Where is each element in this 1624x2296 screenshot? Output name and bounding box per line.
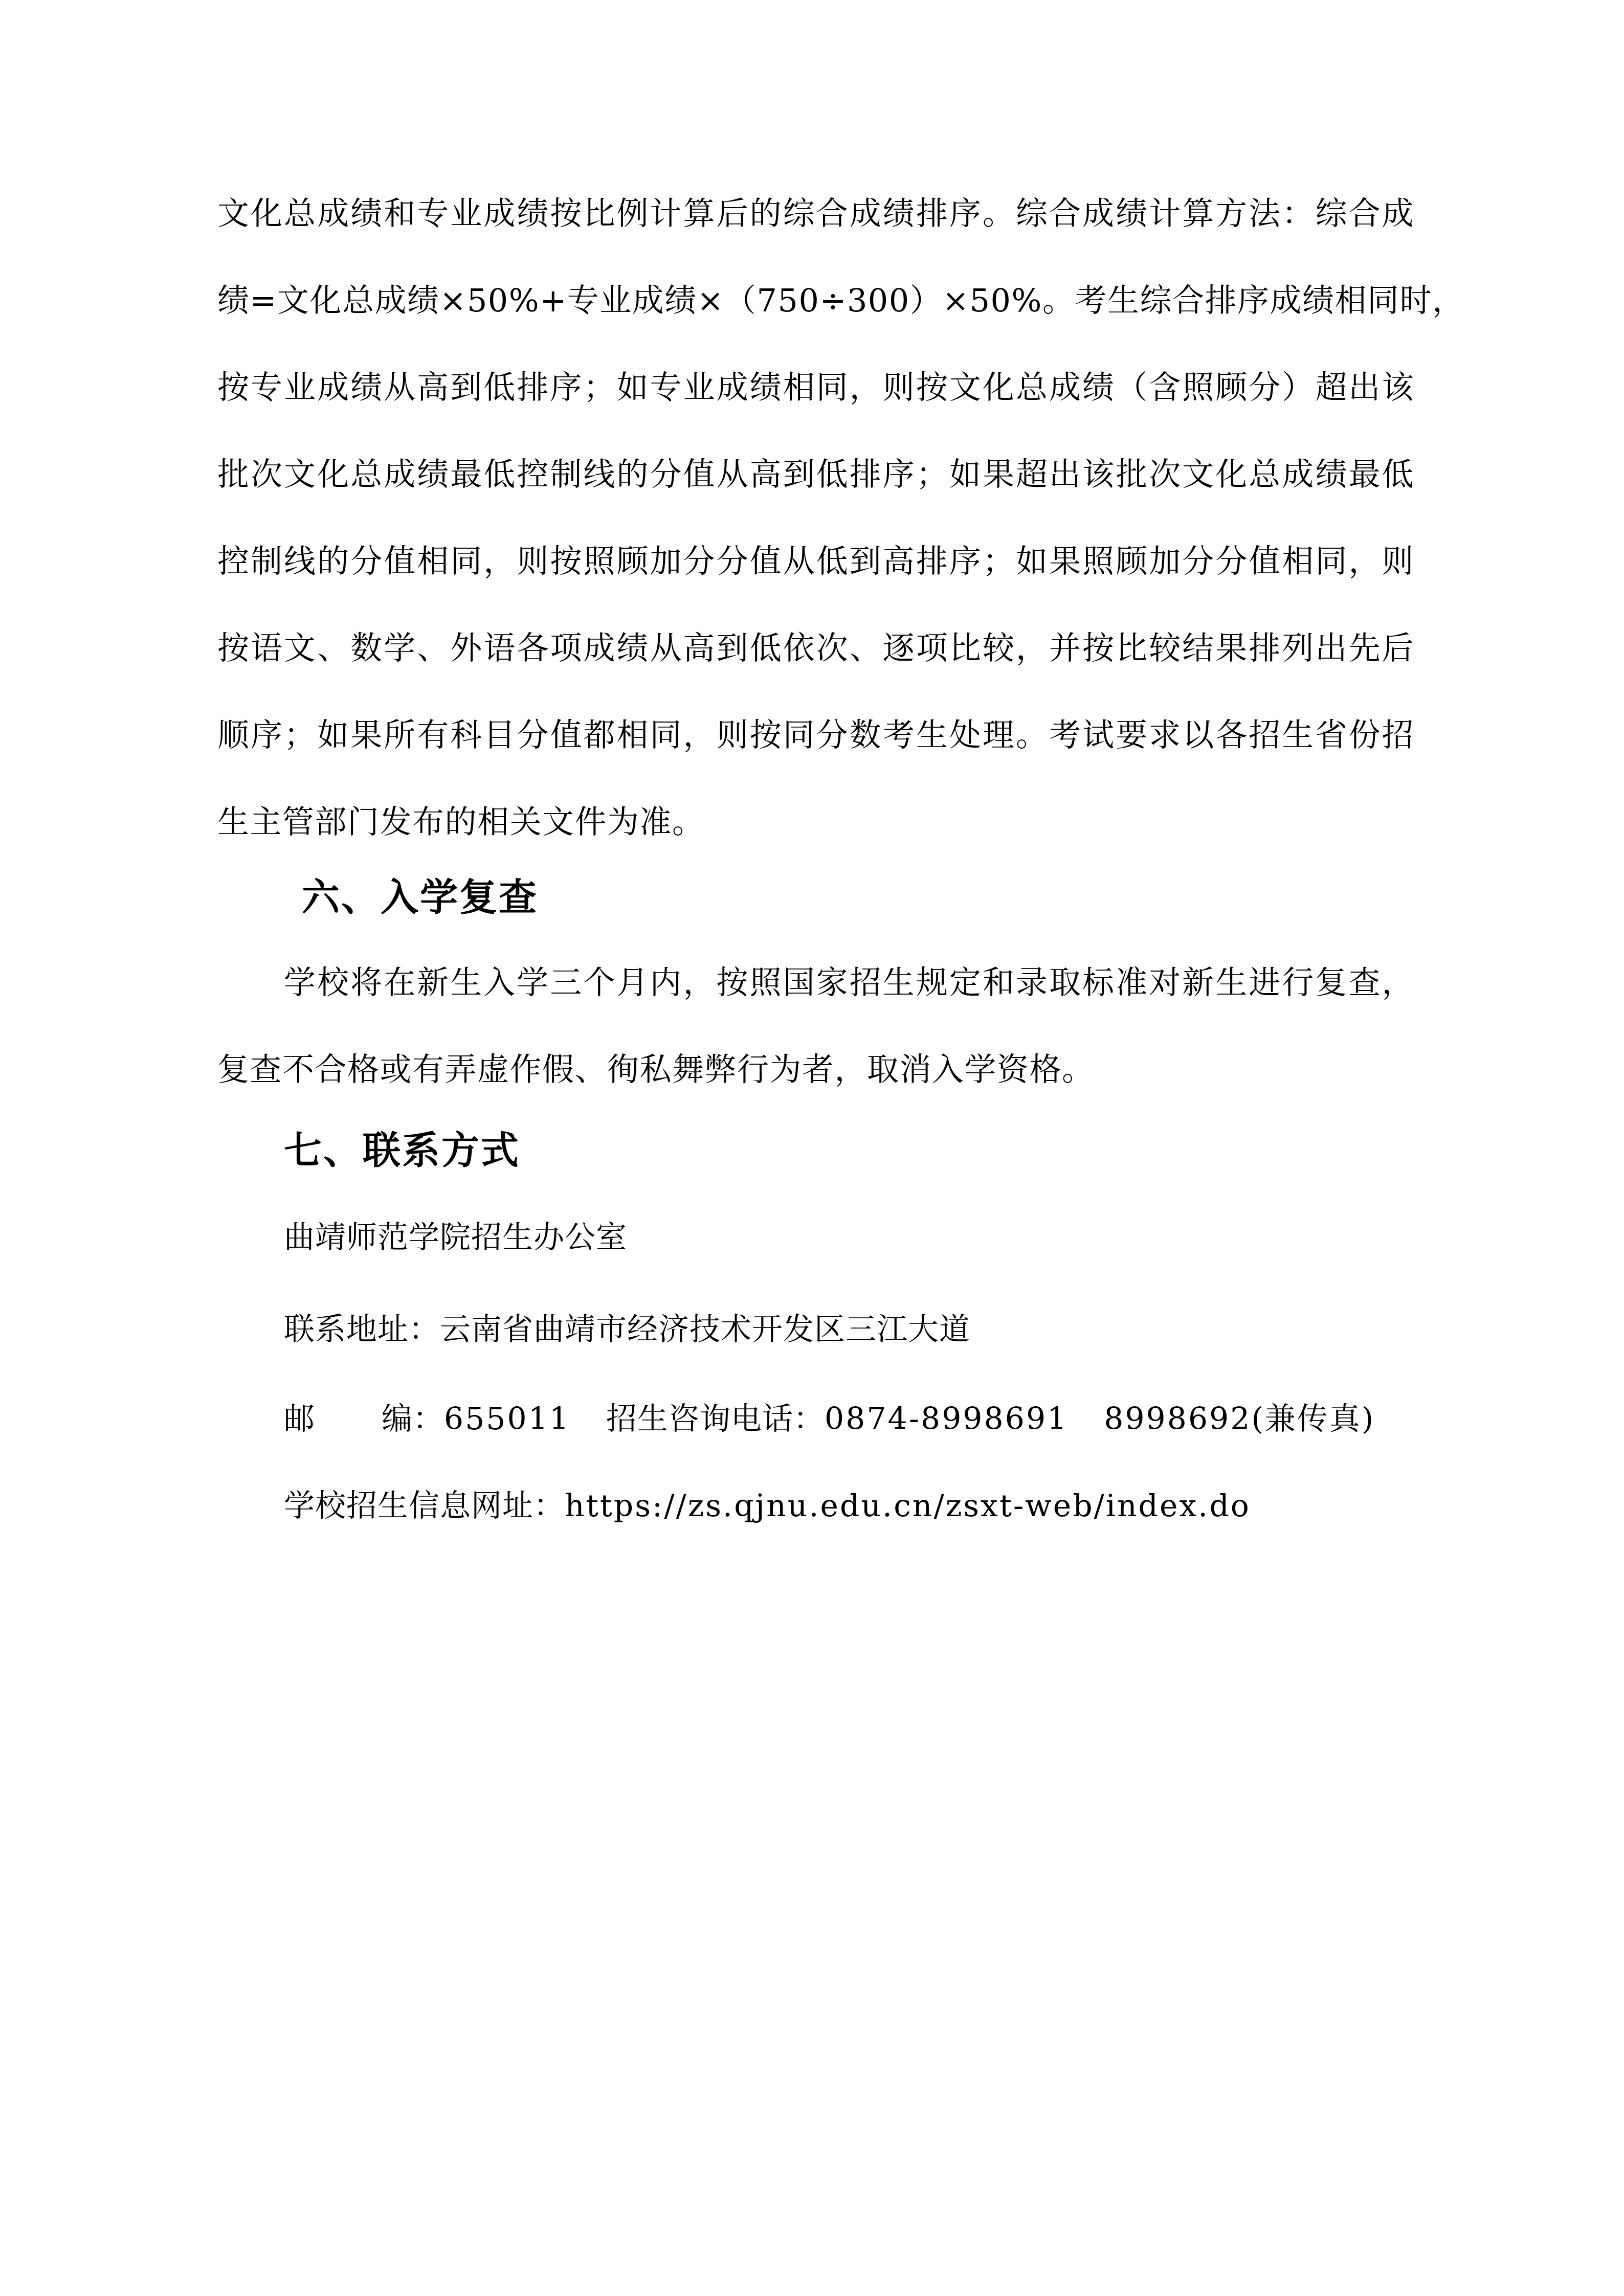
paragraph-line: 文化总成绩和专业成绩按比例计算后的综合成绩排序。综合成绩计算方法：综合成 bbox=[217, 193, 1414, 234]
contact-postcode-phone: 邮编：655011招生咨询电话：0874-89986918998692(兼传真) bbox=[284, 1399, 1375, 1439]
section-heading-contact: 七、联系方式 bbox=[284, 1128, 520, 1174]
contact-address: 联系地址：云南省曲靖市经济技术开发区三江大道 bbox=[284, 1309, 970, 1350]
phone-number-1: 0874-8998691 bbox=[825, 1401, 1068, 1437]
address-label: 联系地址： bbox=[284, 1312, 440, 1347]
postcode-label-char-2: 编： bbox=[382, 1401, 444, 1437]
paragraph-line: 按专业成绩从高到低排序；如专业成绩相同，则按文化总成绩（含照顾分）超出该 bbox=[217, 367, 1414, 408]
paragraph-line: 顺序；如果所有科目分值都相同，则按同分数考生处理。考试要求以各招生省份招 bbox=[217, 715, 1414, 756]
address-value: 云南省曲靖市经济技术开发区三江大道 bbox=[440, 1312, 970, 1347]
phone-label: 招生咨询电话： bbox=[606, 1401, 825, 1437]
paragraph-line: 生主管部门发布的相关文件为准。 bbox=[217, 802, 1414, 843]
paragraph-line: 学校将在新生入学三个月内，按照国家招生规定和录取标准对新生进行复查， bbox=[284, 962, 1414, 1003]
postcode-value: 655011 bbox=[444, 1401, 570, 1437]
paragraph-line: 控制线的分值相同，则按照顾加分分值从低到高排序；如果照顾加分分值相同，则 bbox=[217, 541, 1414, 582]
website-label: 学校招生信息网址： bbox=[284, 1488, 565, 1524]
postcode-label-char-1: 邮 bbox=[284, 1401, 315, 1437]
website-link[interactable]: https://zs.qjnu.edu.cn/zsxt-web/index.do bbox=[565, 1488, 1251, 1524]
paragraph-line: 批次文化总成绩最低控制线的分值从高到低排序；如果超出该批次文化总成绩最低 bbox=[217, 454, 1414, 495]
section-heading-enrollment-review: 六、入学复查 bbox=[302, 874, 538, 920]
admissions-office-name: 曲靖师范学院招生办公室 bbox=[284, 1217, 627, 1258]
paragraph-line: 复查不合格或有弄虚作假、徇私舞弊行为者，取消入学资格。 bbox=[217, 1049, 1414, 1090]
phone-number-2-fax: 8998692(兼传真) bbox=[1104, 1401, 1375, 1437]
paragraph-line: 绩=文化总成绩×50%+专业成绩×（750÷300）×50%。考生综合排序成绩相… bbox=[217, 280, 1414, 321]
paragraph-line: 按语文、数学、外语各项成绩从高到低依次、逐项比较，并按比较结果排列出先后 bbox=[217, 628, 1414, 669]
contact-website: 学校招生信息网址：https://zs.qjnu.edu.cn/zsxt-web… bbox=[284, 1485, 1251, 1526]
document-page: 文化总成绩和专业成绩按比例计算后的综合成绩排序。综合成绩计算方法：综合成 绩=文… bbox=[0, 0, 1624, 2296]
